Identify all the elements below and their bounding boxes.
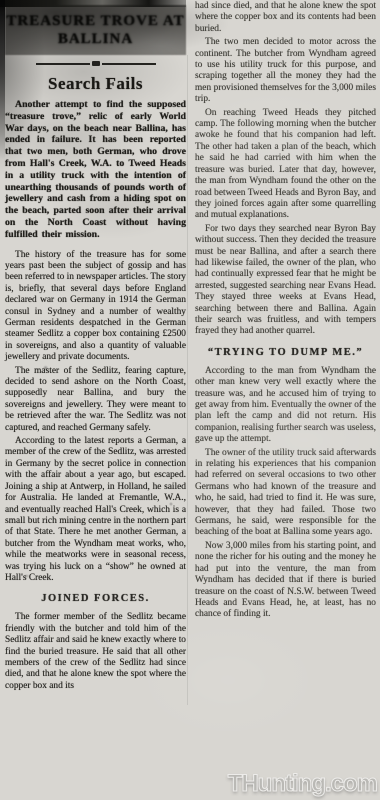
article-paragraph: The owner of the utility truck said afte… (195, 448, 376, 539)
article-column-left: TREASURE TROVE AT BALLINA Search Fails A… (5, 0, 186, 800)
article-paragraph: The former member of the Sedlitz became … (5, 612, 186, 692)
article-paragraph: According to the man from Wyndham the ot… (195, 366, 376, 446)
article-paragraph: The master of the Sedlitz, fearing captu… (5, 366, 186, 434)
newspaper-clipping: TREASURE TROVE AT BALLINA Search Fails A… (0, 0, 380, 800)
ornament-divider (36, 61, 156, 66)
article-paragraph: The two men decided to motor across the … (195, 37, 376, 105)
scan-artifact-left-edge (0, 0, 5, 160)
crosshead-trying-to-dump-me: “TRYING TO DUMP ME.” (195, 347, 376, 359)
article-paragraph: According to the latest reports a German… (5, 436, 186, 584)
divider-line-left (36, 63, 90, 65)
article-masthead: TREASURE TROVE AT BALLINA (5, 5, 186, 55)
site-watermark: THunting.com (228, 770, 377, 798)
crosshead-joined-forces: JOINED FORCES. (5, 593, 186, 605)
article-lede: Another attempt to find the supposed “tr… (5, 99, 186, 241)
headline-line-1: TREASURE TROVE AT (5, 12, 186, 30)
divider-diamond (92, 61, 100, 66)
article-paragraph: On reaching Tweed Heads they pitched cam… (195, 108, 376, 222)
article-column-right: had since died, and that he alone knew t… (195, 0, 376, 800)
article-paragraph-continuation: had since died, and that he alone knew t… (195, 1, 376, 35)
article-paragraph: Now 3,000 miles from his starting point,… (195, 541, 376, 621)
article-paragraph: For two days they searched near Byron Ba… (195, 224, 376, 338)
scan-artifact-top-bar (0, 0, 186, 7)
headline-line-2: BALLINA (5, 30, 186, 48)
article-subhead: Search Fails (5, 74, 186, 93)
divider-line-right (102, 63, 156, 65)
article-paragraph: The history of the treasure has for some… (5, 250, 186, 364)
